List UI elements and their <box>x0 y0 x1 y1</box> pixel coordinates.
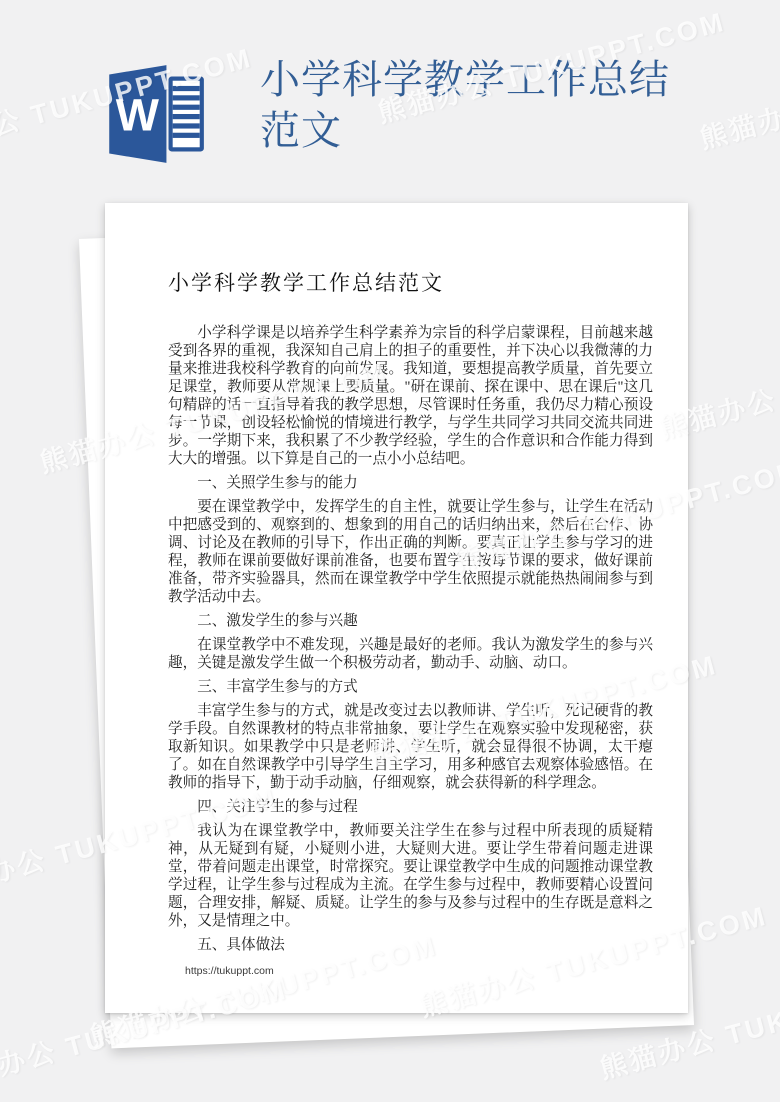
doc-paragraph: 在课堂教学中不难发现，兴趣是最好的老师。我认为激发学生的参与兴趣，关键是激发学生… <box>168 636 653 672</box>
doc-content: 小学科学教学工作总结范文小学科学课是以培养学生科学素养为宗旨的科学启蒙课程，目前… <box>168 267 653 960</box>
document-page: 小学科学教学工作总结范文小学科学课是以培养学生科学素养为宗旨的科学启蒙课程，目前… <box>105 203 688 1013</box>
doc-paragraph: 要在课堂教学中，发挥学生的自主性，就要让学生参与，让学生在活动中把感受到的、观察… <box>168 498 653 606</box>
doc-section-heading: 五、具体做法 <box>168 936 653 954</box>
svg-text:W: W <box>116 90 160 141</box>
doc-section-heading: 一、关照学生参与的能力 <box>168 474 653 492</box>
template-preview-page: W 小学科学教学工作总结范文 小学科学教学工作总结范文小学科学课是以培养学生科学… <box>0 0 780 1102</box>
doc-section-heading: 二、激发学生的参与兴趣 <box>168 612 653 630</box>
doc-section-heading: 三、丰富学生参与的方式 <box>168 678 653 696</box>
doc-paragraph: 我认为在课堂教学中，教师要关注学生在参与过程中所表现的质疑精神，从无疑到有疑，小… <box>168 822 653 930</box>
doc-title: 小学科学教学工作总结范文 <box>168 267 653 297</box>
watermark-text: 熊猫办公 TUKUPPT.COM <box>695 26 780 156</box>
doc-paragraph: 小学科学课是以培养学生科学素养为宗旨的科学启蒙课程，目前越来越受到各界的重视，我… <box>168 324 653 468</box>
doc-paragraph: 丰富学生参与的方式，就是改变过去以教师讲、学生听，死记硬背的教学手段。自然课教材… <box>168 702 653 792</box>
word-icon: W <box>103 62 207 166</box>
doc-section-heading: 四、关注学生的参与过程 <box>168 798 653 816</box>
footer-url: https://tukuppt.com <box>185 965 274 977</box>
page-title: 小学科学教学工作总结范文 <box>260 55 684 157</box>
